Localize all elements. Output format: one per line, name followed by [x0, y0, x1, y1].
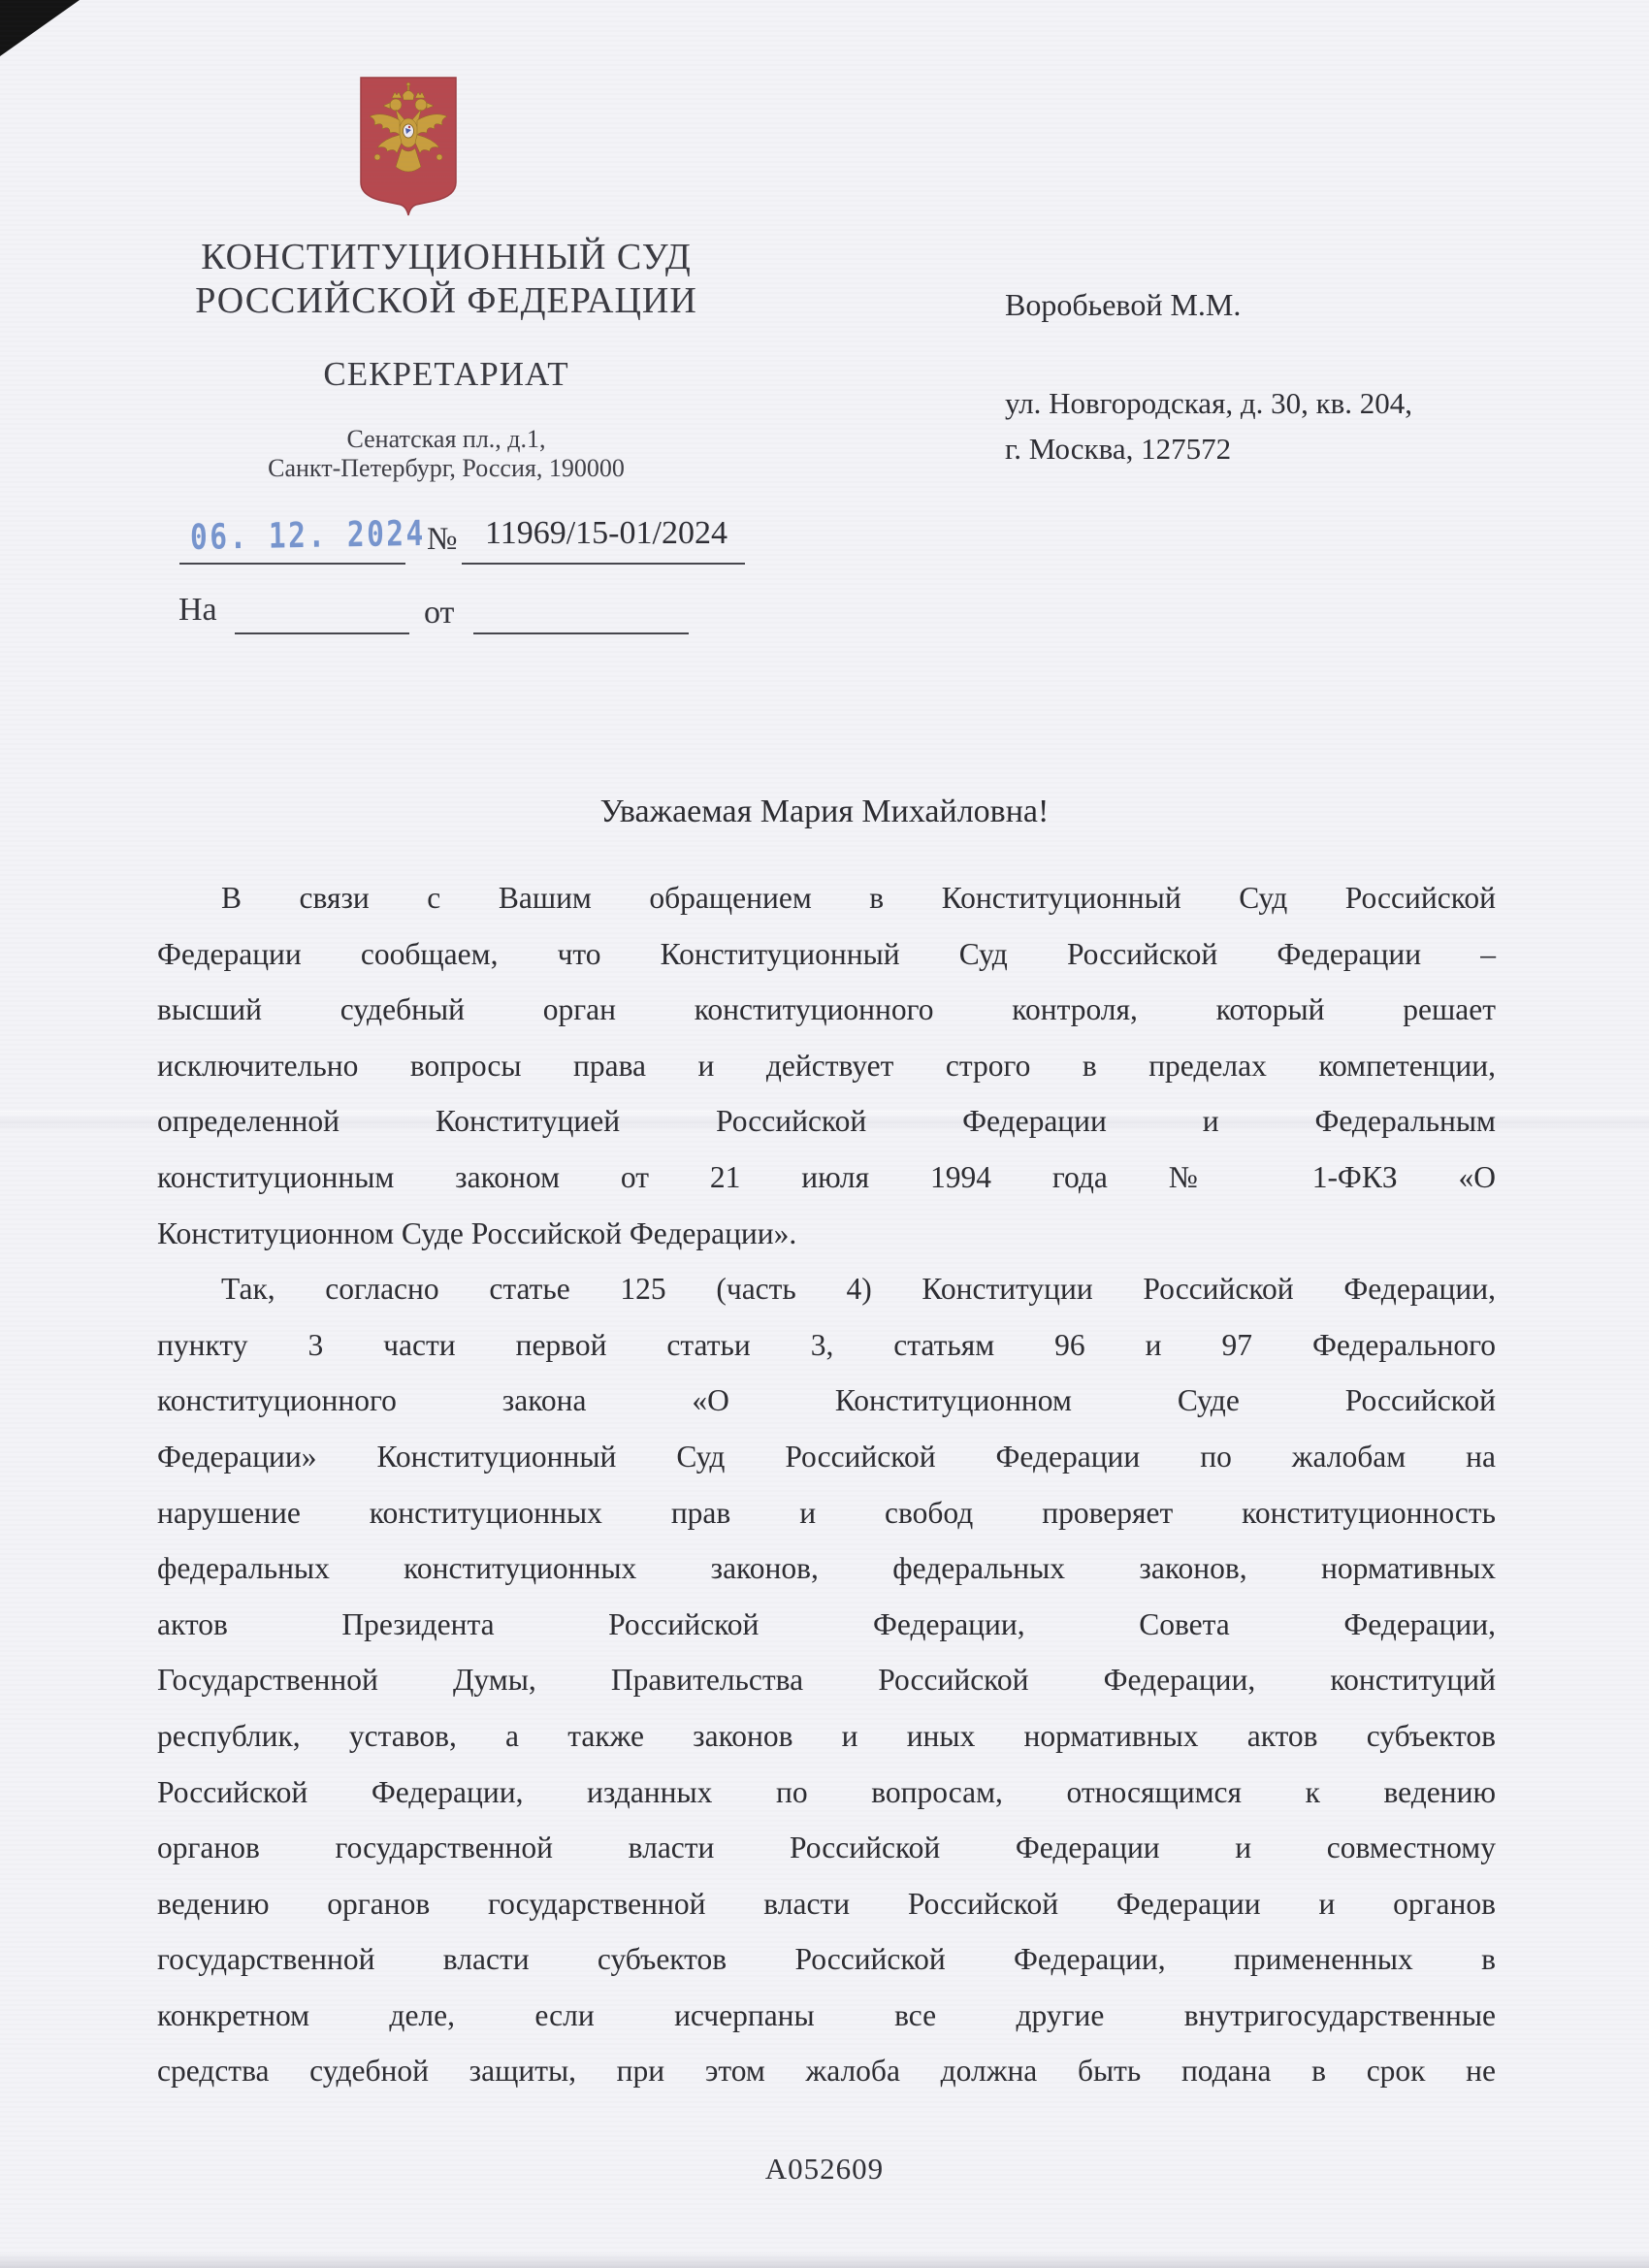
organization-name-line1: КОНСТИТУЦИОННЫЙ СУД [175, 236, 718, 279]
body-line: определенной Конституцией Российской Фед… [157, 1093, 1496, 1150]
date-blank-line [179, 563, 405, 565]
body-line: конституционного закона «О Конституционн… [157, 1373, 1496, 1429]
recipient-address-line1: ул. Новгородская, д. 30, кв. 204, [1005, 380, 1412, 426]
outgoing-number: 11969/15-01/2024 [485, 515, 727, 552]
incoming-ref-blank-line [235, 632, 409, 634]
salutation: Уважаемая Мария Михайловна! [155, 794, 1494, 830]
body-line: В связи с Вашим обращением в Конституцио… [157, 870, 1496, 926]
body-line: актов Президента Российской Федерации, С… [157, 1597, 1496, 1653]
body-line: исключительно вопросы права и действует … [157, 1038, 1496, 1094]
incoming-ref-label: На [178, 592, 217, 629]
body-line: Государственной Думы, Правительства Росс… [157, 1652, 1496, 1708]
recipient-address-line2: г. Москва, 127572 [1005, 426, 1412, 471]
body-line: государственной власти субъектов Российс… [157, 1931, 1496, 1988]
recipient-address: ул. Новгородская, д. 30, кв. 204, г. Мос… [1005, 380, 1412, 471]
scan-corner-shadow [0, 0, 80, 56]
recipient-name: Воробьевой М.М. [1005, 287, 1241, 323]
body-line: республик, уставов, а также законов и ин… [157, 1708, 1496, 1765]
body-line: ведению органов государственной власти Р… [157, 1876, 1496, 1932]
body-line: федеральных конституционных законов, фед… [157, 1540, 1496, 1597]
body-line: средства судебной защиты, при этом жалоб… [157, 2043, 1496, 2099]
body-line: конкретном деле, если исчерпаны все друг… [157, 1988, 1496, 2044]
department-title: СЕКРЕТАРИАТ [175, 355, 718, 394]
body-line: Конституционном Суде Российской Федераци… [157, 1206, 1496, 1262]
body-line: Российской Федерации, изданных по вопрос… [157, 1765, 1496, 1821]
letterhead-address: Сенатская пл., д.1, Санкт-Петербург, Рос… [175, 425, 718, 483]
body-line: конституционным законом от 21 июля 1994 … [157, 1150, 1496, 1206]
number-blank-line [462, 563, 745, 565]
date-stamp: 06. 12. 2024 [190, 514, 426, 558]
body-line: нарушение конституционных прав и свобод … [157, 1485, 1496, 1541]
body-line: Так, согласно статье 125 (часть 4) Конст… [157, 1261, 1496, 1317]
body-line: пункту 3 части первой статьи 3, статьям … [157, 1317, 1496, 1374]
body-line: Федерации» Конституционный Суд Российско… [157, 1429, 1496, 1485]
coat-of-arms-icon [355, 74, 462, 217]
form-code: А052609 [155, 2152, 1494, 2187]
letterhead-address-line1: Сенатская пл., д.1, [175, 425, 718, 454]
body-line: органов государственной власти Российско… [157, 1820, 1496, 1876]
letterhead-address-line2: Санкт-Петербург, Россия, 190000 [175, 454, 718, 483]
number-sign-label: № [427, 522, 458, 558]
organization-name-line2: РОССИЙСКОЙ ФЕДЕРАЦИИ [175, 279, 718, 323]
scan-bottom-edge [0, 2252, 1649, 2268]
organization-name: КОНСТИТУЦИОННЫЙ СУД РОССИЙСКОЙ ФЕДЕРАЦИИ [175, 236, 718, 323]
scanned-letter-page: КОНСТИТУЦИОННЫЙ СУД РОССИЙСКОЙ ФЕДЕРАЦИИ… [0, 0, 1649, 2268]
body-line: высший судебный орган конституционного к… [157, 982, 1496, 1038]
body-line: Федерации сообщаем, что Конституционный … [157, 926, 1496, 983]
from-date-label: от [424, 595, 454, 632]
from-date-blank-line [473, 632, 689, 634]
letter-body: В связи с Вашим обращением в Конституцио… [157, 870, 1496, 2099]
